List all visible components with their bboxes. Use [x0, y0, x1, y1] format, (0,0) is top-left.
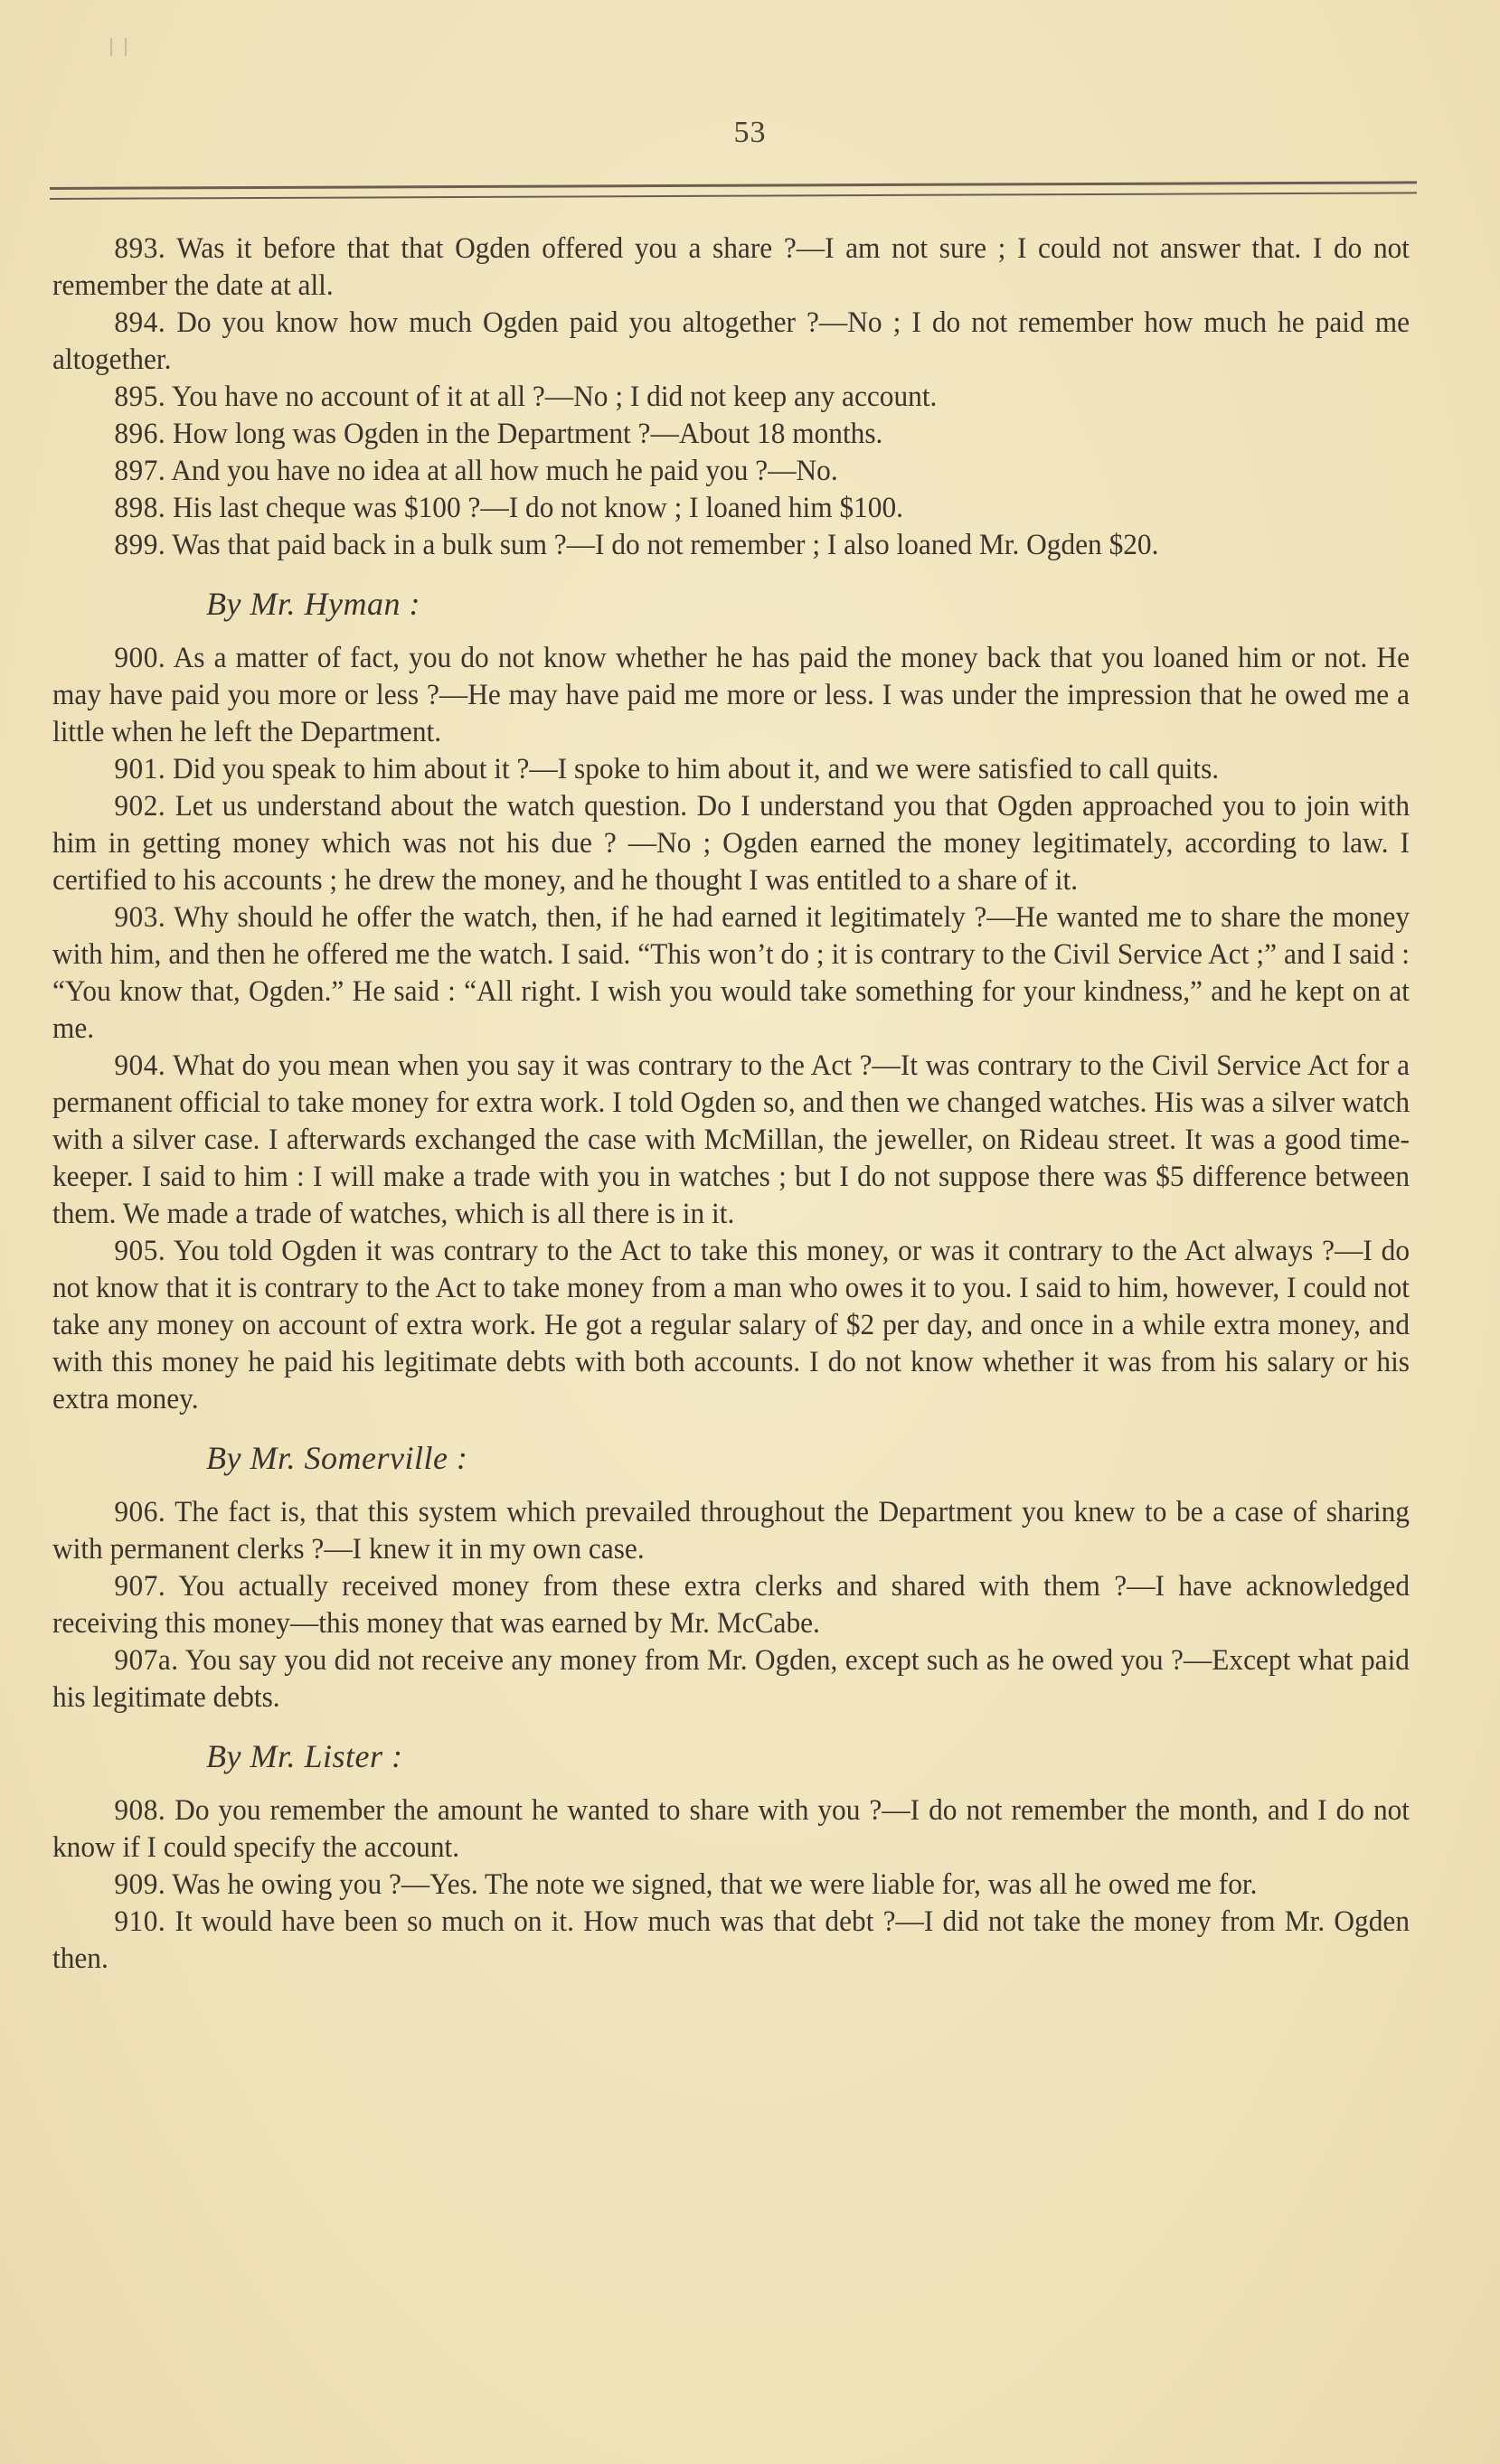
- entry-number: 905.: [114, 1235, 165, 1267]
- entry-number: 907a.: [114, 1644, 178, 1677]
- entry-number: 907.: [114, 1570, 165, 1603]
- entry-text: Was he owing you ?—Yes. The note we sign…: [172, 1868, 1257, 1901]
- entry-number: 909.: [114, 1868, 165, 1901]
- entry-909: 909. Was he owing you ?—Yes. The note we…: [52, 1867, 1410, 1904]
- entry-896: 896. How long was Ogden in the Departmen…: [52, 416, 1410, 453]
- entry-text: Why should he offer the watch, then, if …: [52, 901, 1410, 1045]
- section-testimony-1: 893. Was it before that that Ogden offer…: [52, 230, 1409, 564]
- entry-903: 903. Why should he offer the watch, then…: [52, 899, 1410, 1048]
- section-hyman: By Mr. Hyman : 900. As a matter of fact,…: [52, 584, 1409, 1418]
- header-rule-top: [50, 181, 1417, 190]
- section-somerville: By Mr. Somerville : 906. The fact is, th…: [52, 1438, 1409, 1716]
- entry-text: What do you mean when you say it was con…: [52, 1049, 1410, 1230]
- entry-text: Let us understand about the watch questi…: [52, 790, 1410, 897]
- page-body: 893. Was it before that that Ogden offer…: [52, 230, 1409, 1978]
- header-rule-bottom: [50, 192, 1417, 200]
- entry-897: 897. And you have no idea at all how muc…: [52, 453, 1410, 490]
- entry-number: 910.: [114, 1905, 165, 1938]
- entry-text: You say you did not receive any money fr…: [52, 1644, 1410, 1714]
- entry-907: 907. You actually received money from th…: [52, 1568, 1410, 1642]
- section-heading: By Mr. Lister :: [206, 1736, 1409, 1776]
- entry-number: 898.: [114, 492, 165, 524]
- entry-895: 895. You have no account of it at all ?—…: [52, 379, 1410, 416]
- entry-number: 897.: [114, 455, 165, 487]
- entry-text: Was that paid back in a bulk sum ?—I do …: [172, 529, 1158, 561]
- entry-905: 905. You told Ogden it was contrary to t…: [52, 1233, 1410, 1418]
- entry-text: Do you remember the amount he wanted to …: [52, 1794, 1410, 1864]
- entry-number: 906.: [114, 1496, 165, 1528]
- entry-text: How long was Ogden in the Department ?—A…: [173, 418, 882, 450]
- entry-text: You have no account of it at all ?—No ; …: [172, 381, 938, 413]
- entry-908: 908. Do you remember the amount he wante…: [52, 1792, 1410, 1867]
- entry-902: 902. Let us understand about the watch q…: [52, 788, 1410, 899]
- entry-text: His last cheque was $100 ?—I do not know…: [173, 492, 903, 524]
- entry-900: 900. As a matter of fact, you do not kno…: [52, 640, 1410, 751]
- section-heading: By Mr. Somerville :: [206, 1438, 1409, 1478]
- page-number: 53: [0, 116, 1500, 150]
- entry-number: 902.: [114, 790, 165, 823]
- entry-text: And you have no idea at all how much he …: [171, 455, 837, 487]
- entry-910: 910. It would have been so much on it. H…: [52, 1904, 1410, 1978]
- entry-898: 898. His last cheque was $100 ?—I do not…: [52, 490, 1410, 527]
- entry-901: 901. Did you speak to him about it ?—I s…: [52, 751, 1410, 788]
- entry-number: 894.: [114, 306, 165, 339]
- entry-number: 903.: [114, 901, 165, 934]
- entry-894: 894. Do you know how much Ogden paid you…: [52, 305, 1410, 379]
- entry-number: 901.: [114, 753, 165, 785]
- entry-893: 893. Was it before that that Ogden offer…: [52, 230, 1410, 305]
- entry-907a: 907a. You say you did not receive any mo…: [52, 1642, 1410, 1716]
- entry-number: 895.: [114, 381, 165, 413]
- entry-904: 904. What do you mean when you say it wa…: [52, 1048, 1410, 1233]
- entry-906: 906. The fact is, that this system which…: [52, 1494, 1410, 1568]
- entry-text: Did you speak to him about it ?—I spoke …: [173, 753, 1219, 785]
- entry-text: Was it before that that Ogden offered yo…: [52, 232, 1410, 302]
- entry-text: The fact is, that this system which prev…: [52, 1496, 1410, 1566]
- entry-text: As a matter of fact, you do not know whe…: [52, 642, 1410, 748]
- entry-number: 904.: [114, 1049, 165, 1082]
- section-heading: By Mr. Hyman :: [206, 584, 1409, 624]
- entry-text: It would have been so much on it. How mu…: [52, 1905, 1410, 1975]
- entry-number: 896.: [114, 418, 165, 450]
- entry-number: 900.: [114, 642, 165, 674]
- section-lister: By Mr. Lister : 908. Do you remember the…: [52, 1736, 1409, 1978]
- entry-number: 893.: [114, 232, 165, 265]
- entry-number: 908.: [114, 1794, 165, 1827]
- entry-number: 899.: [114, 529, 165, 561]
- entry-text: You told Ogden it was contrary to the Ac…: [52, 1235, 1410, 1415]
- entry-text: You actually received money from these e…: [52, 1570, 1410, 1640]
- scan-mark: [110, 38, 127, 56]
- entry-899: 899. Was that paid back in a bulk sum ?—…: [52, 527, 1410, 564]
- entry-text: Do you know how much Ogden paid you alto…: [52, 306, 1410, 376]
